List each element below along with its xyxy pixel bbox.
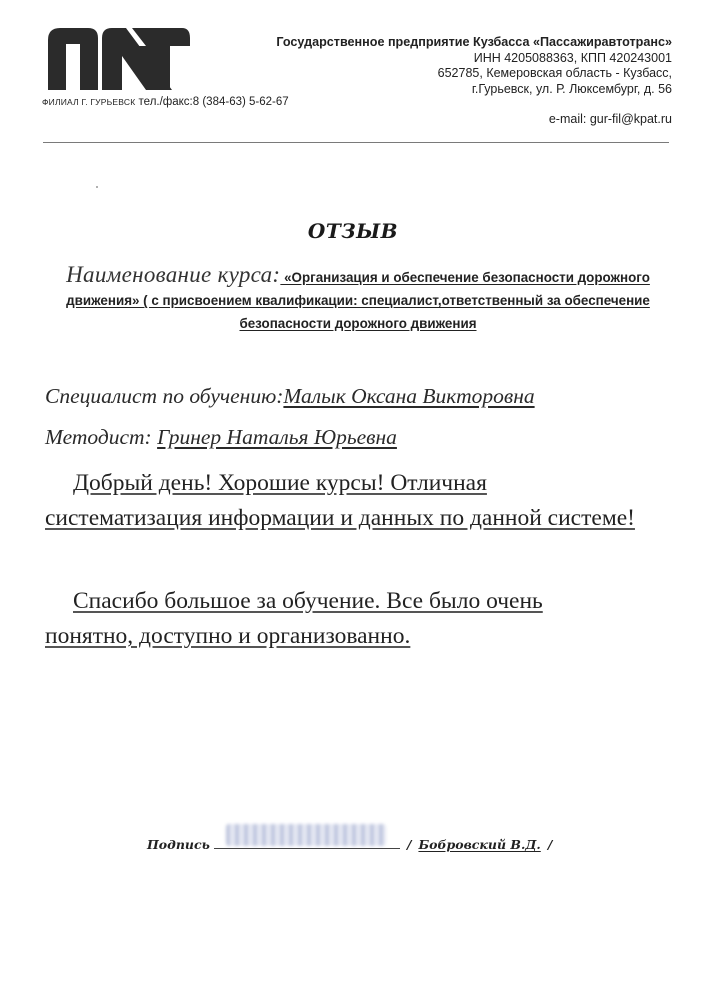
scan-speck [96, 186, 98, 188]
email-address: gur-fil@kpat.ru [590, 112, 672, 126]
address-line-2: г.Гурьевск, ул. Р. Люксембург, д. 56 [276, 82, 672, 98]
review-text-2-content: Спасибо большое за обучение. Все было оч… [45, 588, 543, 649]
methodist-label: Методист: [45, 425, 157, 449]
inn-kpp: ИНН 4205088363, КПП 420243001 [276, 51, 672, 67]
signature-slash: / [407, 837, 412, 852]
blurred-signature-image [226, 824, 386, 846]
course-section: Наименование курса: «Организация и обесп… [44, 263, 672, 335]
specialist-line: Специалист по обучению:Малык Оксана Викт… [45, 384, 535, 409]
methodist-line: Методист: Гринер Наталья Юрьевна [45, 425, 397, 450]
company-details: Государственное предприятие Кузбасса «Па… [276, 35, 672, 97]
phone-label: тел./факс: [135, 96, 192, 108]
pat-logo-icon [46, 26, 192, 92]
review-paragraph-2: Спасибо большое за обучение. Все было оч… [45, 584, 635, 654]
company-name: Государственное предприятие Кузбасса «Па… [276, 35, 672, 51]
signature-field [214, 822, 400, 849]
branch-contact-line: Филиал г. Гурьевск тел./факс:8 (384-63) … [42, 96, 289, 108]
methodist-name: Гринер Наталья Юрьевна [157, 425, 397, 449]
email-label: e-mail: [549, 112, 590, 126]
company-logo [46, 26, 192, 92]
review-text-1-content: Добрый день! Хорошие курсы! Отличная сис… [45, 470, 635, 531]
review-text-2: Спасибо большое за обучение. Все было оч… [45, 584, 635, 654]
signatory-name: Бобровский В.Д. [414, 837, 544, 852]
address-line-1: 652785, Кемеровская область - Кузбасс, [276, 66, 672, 82]
branch-name: Филиал г. Гурьевск [42, 97, 135, 107]
document-title: ОТЗЫВ [0, 219, 706, 243]
review-paragraph-1: Добрый день! Хорошие курсы! Отличная сис… [45, 466, 635, 536]
course-label: Наименование курса: [66, 262, 280, 287]
email-line: e-mail: gur-fil@kpat.ru [549, 112, 672, 126]
signature-closing-slash: / [548, 837, 553, 852]
specialist-label: Специалист по обучению: [45, 384, 283, 408]
review-text-1: Добрый день! Хорошие курсы! Отличная сис… [45, 466, 635, 536]
signature-label: Подпись [147, 837, 210, 852]
phone-number: 8 (384-63) 5-62-67 [193, 96, 289, 108]
signature-row: Подпись / Бобровский В.Д. / [147, 822, 555, 852]
specialist-name: Малык Оксана Викторовна [283, 384, 534, 408]
header-divider [43, 142, 669, 143]
